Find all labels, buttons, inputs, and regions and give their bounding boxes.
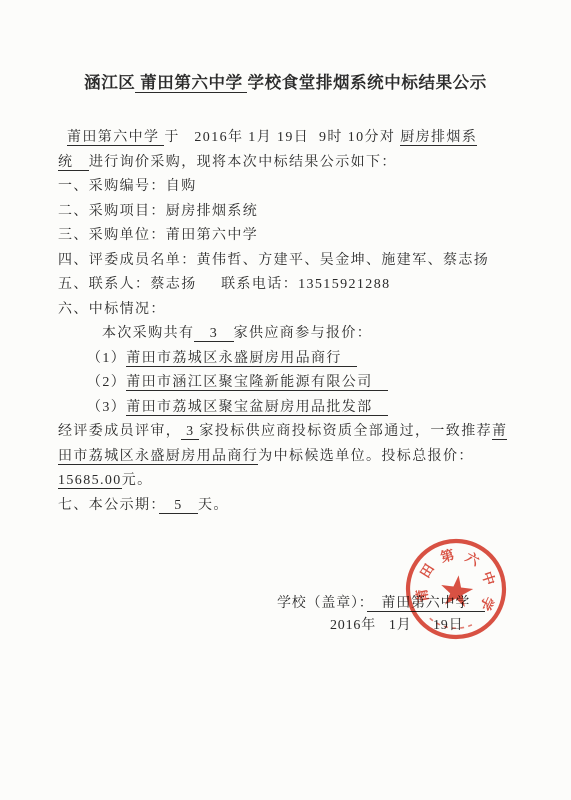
text-segment: 涵江区 bbox=[84, 73, 135, 92]
text-segment: 五、联系人：蔡志扬 联系电话：13515921288 bbox=[58, 277, 391, 292]
seal-serial-mark bbox=[429, 618, 433, 622]
underlined-segment: 莆 bbox=[492, 424, 507, 440]
underlined-segment: 3 bbox=[194, 326, 233, 342]
seal-arc-char: 莆 bbox=[413, 587, 431, 604]
body-line: 统 进行询价采购，现将本次中标结果公示如下： bbox=[58, 151, 516, 176]
underlined-segment: 15685.00 bbox=[58, 473, 122, 489]
seal-serial-mark bbox=[436, 622, 440, 625]
underlined-segment: 厨房排烟系 bbox=[400, 130, 477, 146]
seal-serial-mark bbox=[452, 627, 456, 629]
scanned-document-page: 涵江区 莆田第六中学 学校食堂排烟系统中标结果公示 莆田第六中学 于 2016年… bbox=[0, 0, 571, 800]
body-line: 经评委成员评审， 3 家投标供应商投标资质全部通过，一致推荐莆 bbox=[58, 420, 516, 445]
seal-graphic: 莆田第六中学★ bbox=[389, 522, 523, 656]
seal-arc-char: 六 bbox=[463, 548, 483, 569]
body-line: （2）莆田市涵江区聚宝隆新能源有限公司 bbox=[58, 371, 516, 396]
text-segment: 七、本公示期： bbox=[58, 498, 159, 513]
seal-arc-char: 学 bbox=[477, 594, 497, 613]
seal-serial-mark bbox=[460, 627, 464, 629]
body-line: 本次采购共有 3 家供应商参与报价： bbox=[58, 322, 516, 347]
text-segment: 经评委成员评审， bbox=[58, 424, 181, 439]
body-line: 四、评委成员名单：黄伟哲、方建平、吴金坤、施建军、蔡志扬 bbox=[58, 249, 516, 274]
body-line: 莆田第六中学 于 2016年 1月 19日 9时 10分对 厨房排烟系 bbox=[58, 126, 516, 151]
text-segment: 本次采购共有 bbox=[102, 326, 194, 341]
text-segment: 学校（盖章）： bbox=[277, 596, 367, 611]
text-segment: （2） bbox=[87, 375, 126, 390]
body-line: 田市荔城区永盛厨房用品商行为中标候选单位。投标总报价： bbox=[58, 445, 516, 470]
document-title: 涵江区 莆田第六中学 学校食堂排烟系统中标结果公示 bbox=[0, 69, 571, 93]
body-line: 二、采购项目：厨房排烟系统 bbox=[58, 200, 516, 225]
body-line: 一、采购编号：自购 bbox=[58, 175, 516, 200]
body-line: 六、中标情况： bbox=[58, 298, 516, 323]
text-segment: （3） bbox=[87, 400, 126, 415]
text-segment: 六、中标情况： bbox=[58, 302, 166, 317]
text-segment: 四、评委成员名单：黄伟哲、方建平、吴金坤、施建军、蔡志扬 bbox=[58, 253, 489, 268]
seal-arc-char: 中 bbox=[479, 569, 498, 587]
text-segment: 家供应商参与报价： bbox=[234, 326, 373, 341]
text-segment: 家投标供应商投标资质全部通过，一致推荐 bbox=[199, 424, 492, 439]
underlined-segment: 莆田市荔城区永盛厨房用品商行 bbox=[126, 351, 357, 367]
text-segment: 元。 bbox=[122, 473, 153, 488]
underlined-segment: 莆田第六中学 bbox=[135, 73, 247, 93]
text-segment: 一、采购编号：自购 bbox=[58, 179, 197, 194]
body-line: 15685.00元。 bbox=[58, 469, 516, 494]
body-line: 五、联系人：蔡志扬 联系电话：13515921288 bbox=[58, 273, 516, 298]
text-segment: 二、采购项目：厨房排烟系统 bbox=[58, 204, 258, 219]
body-line: 三、采购单位：莆田第六中学 bbox=[58, 224, 516, 249]
underlined-segment: 田市荔城区永盛厨房用品商行 bbox=[58, 449, 258, 465]
text-segment: 天。 bbox=[198, 498, 229, 513]
underlined-segment: 莆田市涵江区聚宝隆新能源有限公司 bbox=[126, 375, 388, 391]
star-icon: ★ bbox=[435, 564, 478, 617]
seal-arc-char: 第 bbox=[439, 546, 457, 565]
text-segment: （1） bbox=[87, 351, 126, 366]
text-segment: 学校食堂排烟系统中标结果公示 bbox=[247, 73, 486, 92]
underlined-segment: 3 bbox=[181, 424, 199, 440]
document-body: 莆田第六中学 于 2016年 1月 19日 9时 10分对 厨房排烟系统 进行询… bbox=[58, 126, 516, 518]
body-line: 七、本公示期： 5 天。 bbox=[58, 494, 516, 519]
seal-serial-mark bbox=[468, 624, 472, 627]
text-segment: 于 2016年 1月 19日 9时 10分对 bbox=[164, 130, 400, 145]
body-line: （3）莆田市荔城区聚宝盆厨房用品批发部 bbox=[58, 396, 516, 421]
underlined-segment: 莆田市荔城区聚宝盆厨房用品批发部 bbox=[126, 400, 388, 416]
text-segment: 为中标候选单位。投标总报价： bbox=[258, 449, 474, 464]
seal-serial-mark bbox=[444, 626, 448, 629]
text-segment: 进行询价采购，现将本次中标结果公示如下： bbox=[89, 155, 397, 170]
underlined-segment: 统 bbox=[58, 155, 89, 171]
text-segment: 三、采购单位：莆田第六中学 bbox=[58, 228, 258, 243]
body-line: （1）莆田市荔城区永盛厨房用品商行 bbox=[58, 347, 516, 372]
underlined-segment: 莆田第六中学 bbox=[67, 130, 164, 146]
seal-arc-char: 田 bbox=[417, 561, 437, 580]
underlined-segment: 5 bbox=[159, 498, 198, 514]
official-seal: 莆田第六中学★ bbox=[389, 522, 523, 656]
